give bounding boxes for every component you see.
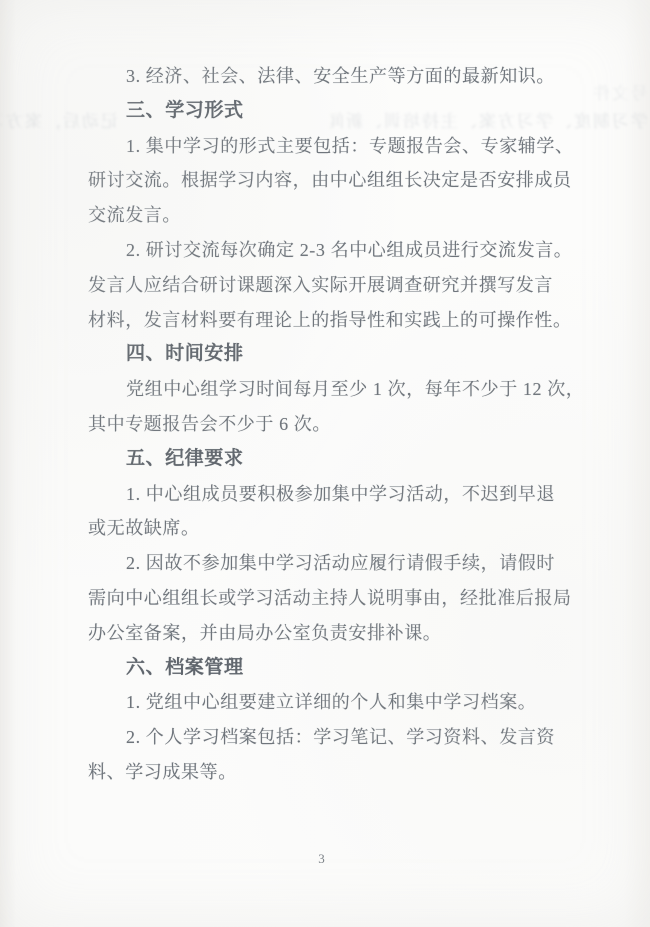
text-line: 材料，发言材料要有理论上的指导性和实践上的可操作性。: [88, 303, 588, 338]
text-line: 料、学习成果等。: [88, 755, 588, 790]
text-line: 发言人应结合研讨课题深入实际开展调查研究并撰写发言: [88, 268, 588, 303]
text-line: 交流发言。: [88, 198, 588, 233]
scanned-document-page: 号文件 记动后，案方习学 学习制度、学习方案、主持培训、新闻选读 3. 经济、社…: [0, 0, 650, 927]
text-line: 2. 因故不参加集中学习活动应履行请假手续，请假时: [88, 546, 588, 581]
text-line: 1. 集中学习的形式主要包括：专题报告会、专家辅学、: [88, 129, 588, 164]
document-body: 3. 经济、社会、法律、安全生产等方面的最新知识。 三、学习形式 1. 集中学习…: [88, 59, 588, 790]
text-line: 2. 研讨交流每次确定 2-3 名中心组成员进行交流发言。: [88, 233, 588, 268]
section-heading: 三、学习形式: [88, 94, 588, 129]
section-heading: 六、档案管理: [88, 651, 588, 686]
text-line: 或无故缺席。: [88, 511, 588, 546]
text-line: 党组中心组学习时间每月至少 1 次，每年不少于 12 次，: [88, 372, 588, 407]
page-number: 3: [0, 851, 644, 867]
text-line: 办公室备案，并由局办公室负责安排补课。: [88, 616, 588, 651]
text-line: 1. 党组中心组要建立详细的个人和集中学习档案。: [88, 685, 588, 720]
text-line: 研讨交流。根据学习内容，由中心组组长决定是否安排成员: [88, 163, 588, 198]
text-line: 需向中心组组长或学习活动主持人说明事由，经批准后报局: [88, 581, 588, 616]
section-heading: 四、时间安排: [88, 337, 588, 372]
text-line: 其中专题报告会不少于 6 次。: [88, 407, 588, 442]
text-line: 2. 个人学习档案包括：学习笔记、学习资料、发言资: [88, 720, 588, 755]
section-heading: 五、纪律要求: [88, 442, 588, 477]
text-line: 3. 经济、社会、法律、安全生产等方面的最新知识。: [88, 59, 588, 94]
text-line: 1. 中心组成员要积极参加集中学习活动，不迟到早退: [88, 477, 588, 512]
